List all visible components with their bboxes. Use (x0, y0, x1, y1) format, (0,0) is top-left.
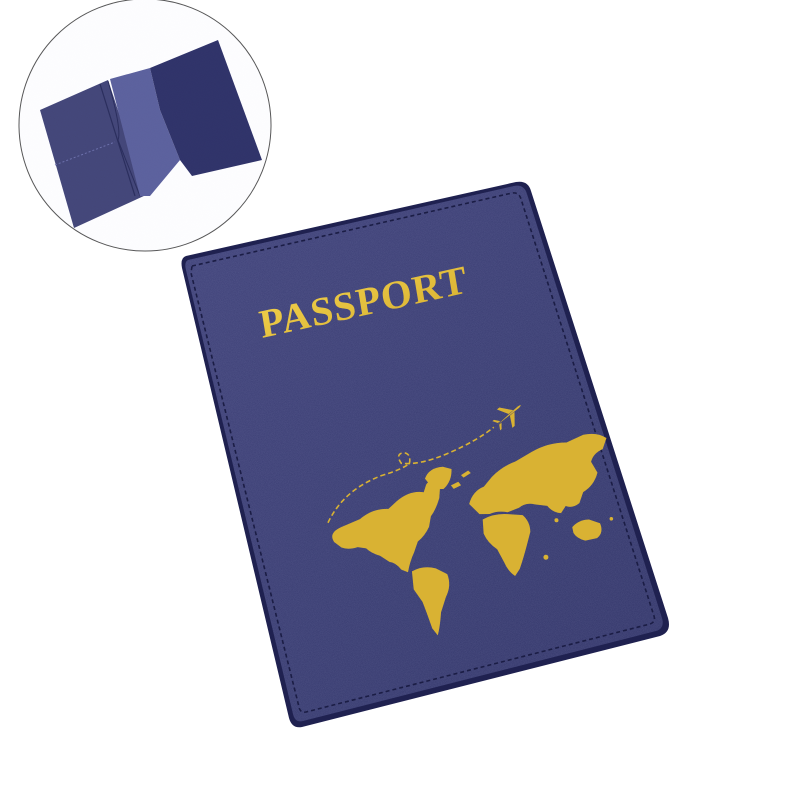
passport-cover: PASSPORT (182, 182, 670, 728)
product-photo: PASSPORT (0, 0, 800, 800)
